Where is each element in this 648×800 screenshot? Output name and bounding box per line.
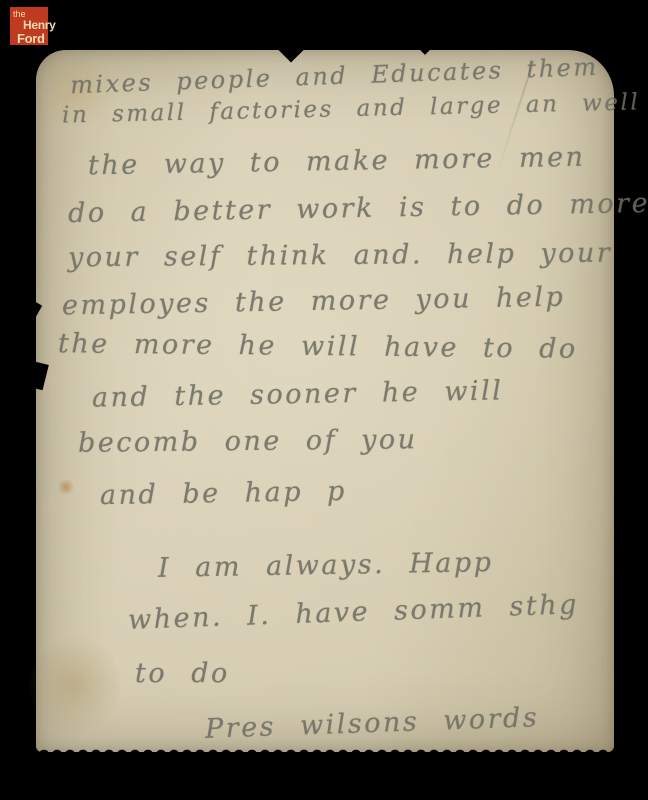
handwriting-line: and the sooner he will: [92, 375, 504, 413]
paper-chip-top: [275, 31, 306, 62]
handwriting-line: employes the more you help: [62, 282, 566, 322]
handwriting-line: the more he will have to do: [58, 328, 578, 364]
handwriting-line: Pres wilsons words: [205, 702, 540, 745]
henry-ford-logo: the Henry Ford: [10, 7, 48, 45]
paper-notch-left: [21, 360, 49, 391]
deckle-edge: [38, 743, 612, 754]
note-paper: mixes people and Educates them in small …: [36, 50, 614, 752]
handwriting-line: I am always. Happ: [158, 547, 494, 584]
rust-stain: [58, 478, 74, 496]
corner-stain: [30, 630, 120, 740]
handwriting-line: becomb one of you: [78, 424, 418, 459]
handwriting-line: to do: [135, 658, 230, 689]
paper-chip-top-small: [415, 35, 435, 55]
handwriting-line: and be hap p: [100, 476, 347, 511]
logo-henry: Henry: [23, 19, 48, 31]
handwriting-line: the way to make more men: [88, 142, 586, 182]
logo-ford: Ford: [17, 32, 48, 45]
collection-photo-viewer: { "window": { "background_color": "#0000…: [0, 0, 648, 800]
handwriting-line: your self think and. help your: [68, 238, 612, 274]
handwriting-line: do a better work is to do more: [68, 188, 648, 229]
paper-notch-left-small: [26, 300, 42, 316]
handwriting-line: when. I. have somm sthg: [128, 589, 580, 636]
